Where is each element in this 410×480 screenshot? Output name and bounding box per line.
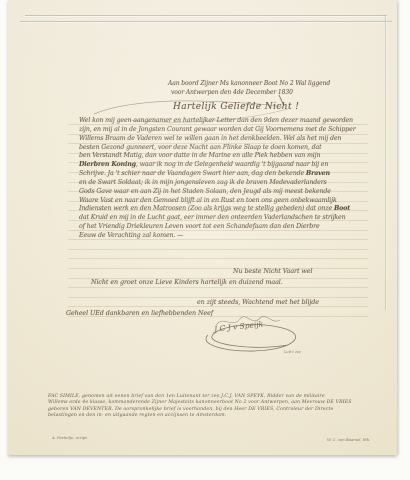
signature-subscript: Luit t zee xyxy=(283,350,301,354)
handwriting-line: Eeuw de Verachting zal komen. — xyxy=(79,232,356,241)
handwriting-line: Dierbren Koning, waar ik nog in de Geleg… xyxy=(79,161,356,170)
closing-line-1: Nu beste Nicht Vaart wel xyxy=(233,267,312,275)
signature-name: J C J v Speijk xyxy=(212,319,264,333)
ruled-line xyxy=(68,258,368,259)
handwriting-line: Willems Braam de Vaderen wel te willen g… xyxy=(79,135,356,144)
credit-right: W. C. van Baarsel, lith. xyxy=(327,437,370,442)
ruled-line xyxy=(68,249,368,250)
handwriting-line: dat Kruid en mij in de Lucht gaat, eer i… xyxy=(79,214,356,223)
letter-salutation: Hartelijk Geliefde Nicht ! xyxy=(173,102,299,112)
handwriting-line: Wel kon mij geen aangenamer en hartelijk… xyxy=(79,117,356,126)
ruled-line xyxy=(68,268,368,269)
credit-left: A. Portielje, script. xyxy=(52,435,88,440)
letter-paper-sheet: Aan boord Zijner Ms kanonneer Boot No 2 … xyxy=(8,0,397,455)
caption-line: belastingen en den in- en uitgaande regt… xyxy=(48,413,352,419)
handwriting-line: Schrijve. Ja 't schier naar de Vaandagen… xyxy=(79,170,356,179)
facsimile-print: Aan boord Zijner Ms kanonneer Boot No 2 … xyxy=(0,0,410,480)
ruled-line xyxy=(68,287,368,288)
handwriting-line: en de Swart Soldaat; ik in mijn jongensl… xyxy=(79,179,356,188)
signature-flourish: J C J v Speijk Luit t zee xyxy=(188,305,318,360)
handwriting-line: ben Verstandt Matig, dan voor datte in d… xyxy=(79,152,356,161)
emboss-rule-top-1 xyxy=(25,15,387,16)
closing-line-2: Nicht en groet onze Lieve Kinders hartel… xyxy=(91,278,283,286)
caption: FAC SIMILE, genomen uit eenen brief van … xyxy=(48,394,352,420)
handwriting-line: zijn, en mij al in de Jongsten Courant g… xyxy=(79,126,356,135)
letter-body: Wel kon mij geen aangenamer en hartelijk… xyxy=(79,117,356,241)
handwriting-line: Gods Gave waar en aan Zij in het Staden … xyxy=(79,188,356,197)
handwriting-line: of het Vriendig Driekleuren Leven voort … xyxy=(79,223,356,232)
handwriting-line: Indiensten werk en den Matroosen (Zoo al… xyxy=(79,205,356,214)
caption-line: Willems orde 4e klasse, kommanderende Zi… xyxy=(48,400,352,406)
handwriting-line: besten Gezond gunneert, voor deze Nacht … xyxy=(79,144,356,153)
emboss-rule-top-2 xyxy=(20,21,392,22)
emboss-rule-right xyxy=(385,15,386,310)
letter-dateline-1: Aan boord Zijner Ms kanonneer Boot No 2 … xyxy=(168,80,330,87)
